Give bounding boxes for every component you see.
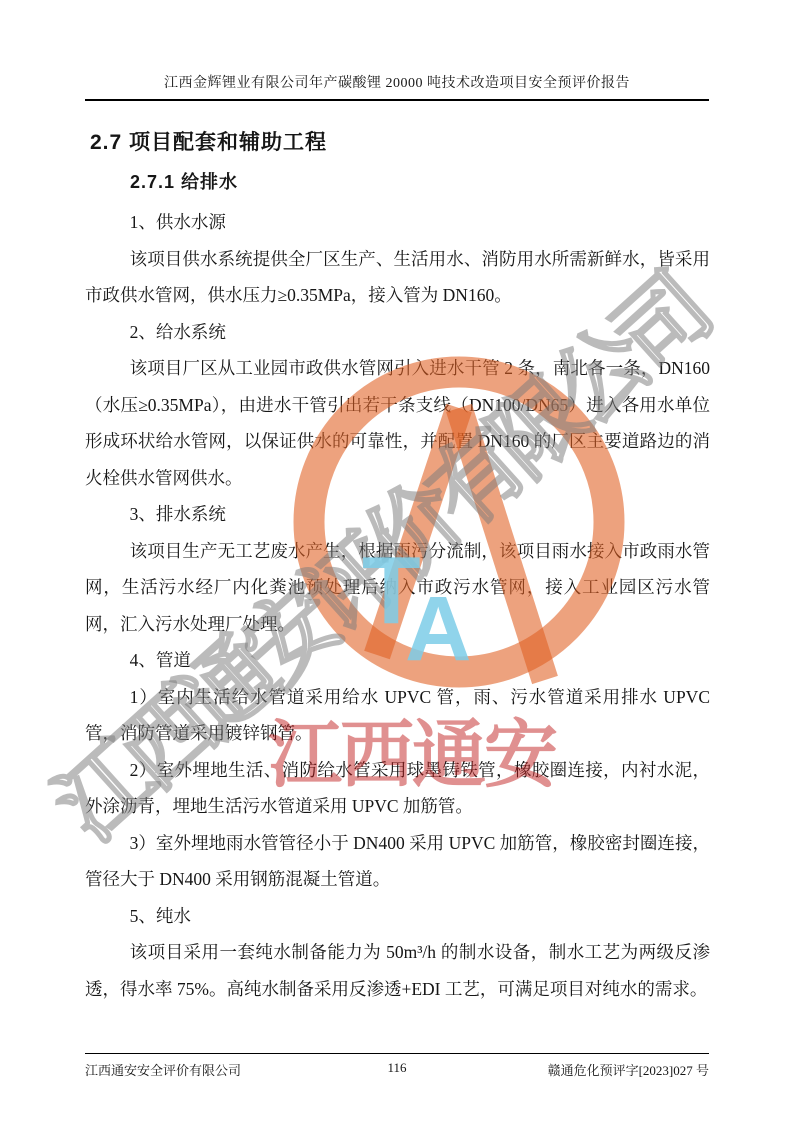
footer-page-number: 116 — [85, 1060, 709, 1076]
paragraph: 4、管道 — [85, 642, 710, 679]
paragraph: 3、排水系统 — [85, 496, 710, 533]
page-header-title: 江西金辉锂业有限公司年产碳酸锂 20000 吨技术改造项目安全预评价报告 — [85, 72, 709, 92]
section-heading: 2.7 项目配套和辅助工程 — [90, 126, 710, 156]
paragraph: 该项目生产无工艺废水产生，根据雨污分流制，该项目雨水接入市政雨水管网，生活污水经… — [85, 533, 710, 643]
paragraph: 该项目供水系统提供全厂区生产、生活用水、消防用水所需新鲜水，皆采用市政供水管网，… — [85, 241, 710, 314]
paragraph: 该项目厂区从工业园市政供水管网引入进水干管 2 条，南北各一条，DN160（水压… — [85, 350, 710, 496]
paragraph: 2、给水系统 — [85, 314, 710, 351]
paragraph: 1、供水水源 — [85, 204, 710, 241]
paragraph: 1）室内生活给水管道采用给水 UPVC 管，雨、污水管道采用排水 UPVC 管，… — [85, 679, 710, 752]
paragraph-list: 1、供水水源该项目供水系统提供全厂区生产、生活用水、消防用水所需新鲜水，皆采用市… — [85, 204, 710, 1007]
document-body: 2.7 项目配套和辅助工程 2.7.1 给排水 1、供水水源该项目供水系统提供全… — [85, 122, 710, 1007]
paragraph: 2）室外埋地生活、消防给水管采用球墨铸铁管，橡胶圈连接，内衬水泥，外涂沥青，埋地… — [85, 752, 710, 825]
document-page: 江西金辉锂业有限公司年产碳酸锂 20000 吨技术改造项目安全预评价报告 2.7… — [0, 0, 794, 1123]
paragraph: 5、纯水 — [85, 898, 710, 935]
paragraph: 3）室外埋地雨水管管径小于 DN400 采用 UPVC 加筋管，橡胶密封圈连接，… — [85, 825, 710, 898]
footer-rule — [85, 1053, 709, 1054]
header-rule — [85, 99, 709, 101]
page-footer: 江西通安安全评价有限公司 116 赣通危化预评字[2023]027 号 — [85, 1060, 709, 1079]
paragraph: 该项目采用一套纯水制备能力为 50m³/h 的制水设备，制水工艺为两级反渗透，得… — [85, 934, 710, 1007]
subsection-heading: 2.7.1 给排水 — [130, 168, 710, 194]
